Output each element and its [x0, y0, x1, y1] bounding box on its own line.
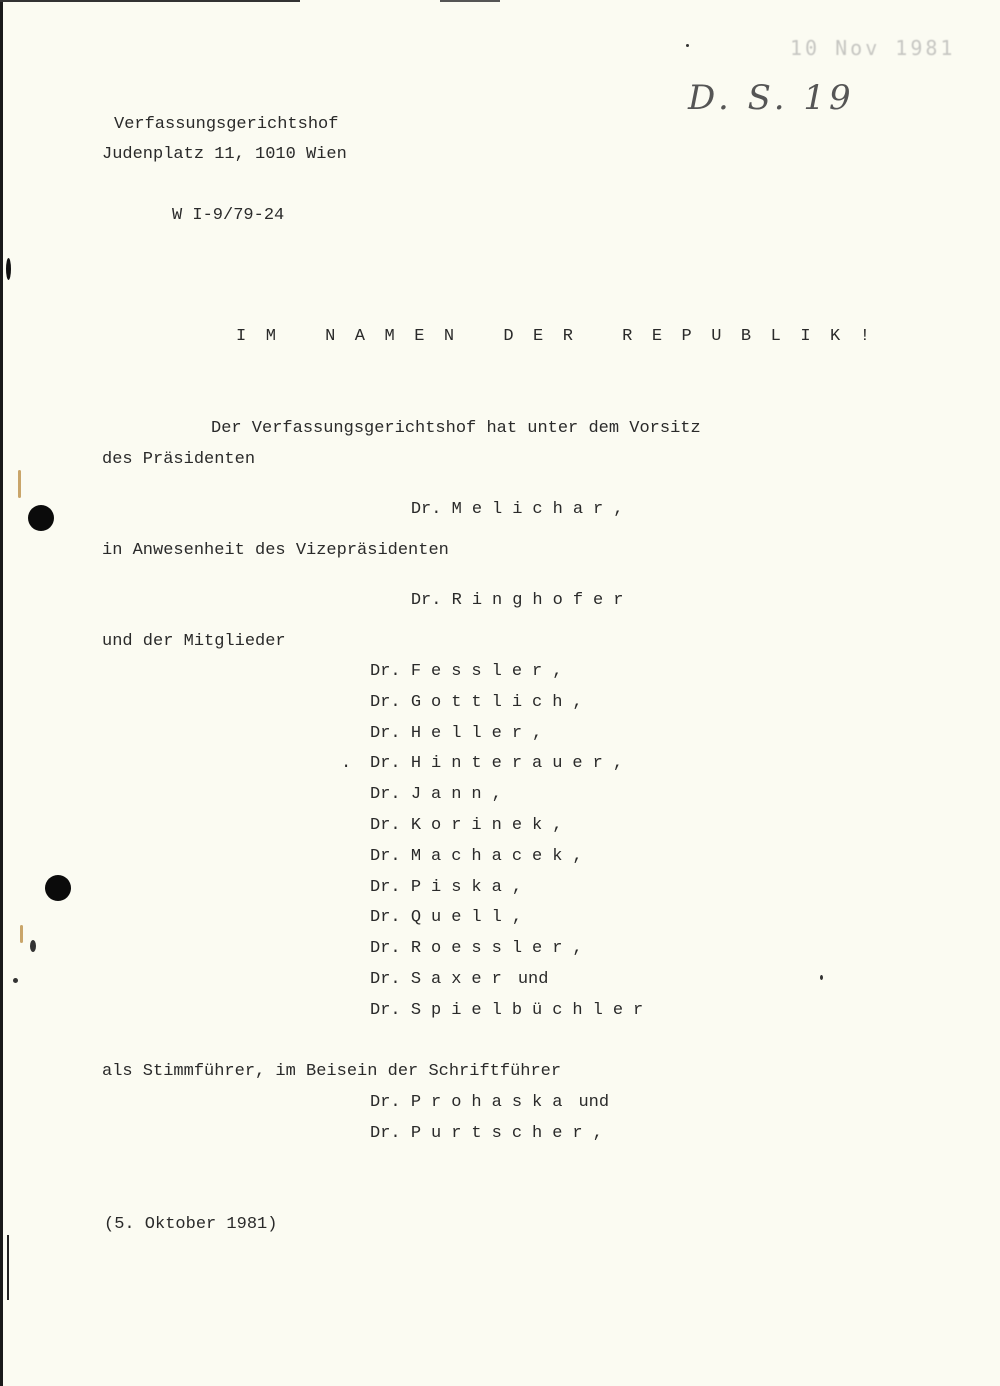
clerks-label: als Stimmführer, im Beisein der Schriftf… — [102, 1062, 561, 1082]
name: Gottlich, — [411, 693, 593, 712]
punch-hole-icon — [28, 505, 54, 531]
name-prefix: Dr. — [370, 1093, 401, 1112]
name-row: Dr. Hinterauer, — [370, 754, 633, 774]
speck — [30, 940, 36, 952]
document-page: 10 Nov 1981 D. S. 19 Verfassungsgerichts… — [0, 0, 1000, 1386]
handwritten-note: D. S. 19 — [688, 78, 855, 118]
name-suffix: und — [578, 1093, 609, 1112]
name-prefix: Dr. — [370, 754, 401, 773]
name: Melichar, — [452, 500, 634, 519]
president-name: Dr. Melichar, — [370, 480, 633, 540]
punch-hole-icon — [45, 875, 71, 901]
name-prefix: Dr. — [370, 939, 401, 958]
name-row: Dr. Korinek, — [370, 816, 572, 836]
name-prefix: Dr. — [370, 1001, 401, 1020]
name-prefix: Dr. — [370, 662, 401, 681]
name: Heller, — [411, 724, 552, 743]
name-row: Dr. Roessler, — [370, 939, 593, 959]
scan-left-edge — [0, 0, 3, 1386]
name-prefix: Dr. — [370, 878, 401, 897]
edge-mark — [7, 1235, 9, 1300]
name-row: Dr. Spielbüchler — [370, 1001, 653, 1021]
name: Roessler, — [411, 939, 593, 958]
name-row: Dr. Fessler, — [370, 662, 572, 682]
stray-dot: . — [341, 754, 351, 773]
name-row: Dr. Jann, — [370, 785, 512, 805]
received-stamp: 10 Nov 1981 — [790, 36, 955, 60]
court-name: Verfassungsgerichtshof — [114, 115, 338, 135]
name-prefix: Dr. — [370, 693, 401, 712]
speck — [13, 978, 18, 983]
name-row: Dr. Heller, — [370, 724, 552, 744]
name-prefix: Dr. — [370, 1124, 401, 1143]
name-prefix: Dr. — [411, 591, 442, 610]
scan-top-edge — [0, 0, 1000, 2]
name-row: Dr. Machacek, — [370, 847, 593, 867]
name-row: Dr. Piska, — [370, 878, 532, 898]
vice-president-name: Dr. Ringhofer — [370, 571, 633, 631]
document-title: IM NAMEN DER REPUBLIK! — [236, 327, 889, 347]
name: Machacek, — [411, 847, 593, 866]
name: Piska, — [411, 878, 532, 897]
name: Fessler, — [411, 662, 573, 681]
intro-line-2: des Präsidenten — [102, 450, 255, 470]
name-prefix: Dr. — [370, 785, 401, 804]
case-number: W I-9/79-24 — [172, 206, 284, 226]
speck — [686, 44, 689, 47]
name: Hinterauer, — [411, 754, 633, 773]
court-address: Judenplatz 11, 1010 Wien — [102, 145, 347, 165]
vice-label: in Anwesenheit des Vizepräsidenten — [102, 541, 449, 561]
document-date: (5. Oktober 1981) — [104, 1215, 277, 1235]
name-prefix: Dr. — [370, 724, 401, 743]
name: Korinek, — [411, 816, 573, 835]
name-row: Dr. Purtscher, — [370, 1124, 613, 1144]
speck — [820, 975, 823, 980]
name: Saxer — [411, 970, 512, 989]
speck — [6, 258, 11, 280]
name: Quell, — [411, 908, 532, 927]
name-row: Dr. Saxerund — [370, 970, 548, 990]
name: Jann, — [411, 785, 512, 804]
name-row: Dr. Quell, — [370, 908, 532, 928]
name: Ringhofer — [452, 591, 634, 610]
name-suffix: und — [518, 970, 549, 989]
name: Spielbüchler — [411, 1001, 653, 1020]
name-prefix: Dr. — [370, 847, 401, 866]
name-row: Dr. Gottlich, — [370, 693, 593, 713]
name-row: Dr. Prohaskaund — [370, 1093, 609, 1113]
rust-stain — [20, 925, 23, 943]
name: Prohaska — [411, 1093, 573, 1112]
name-prefix: Dr. — [411, 500, 442, 519]
name-prefix: Dr. — [370, 908, 401, 927]
intro-line-1: Der Verfassungsgerichtshof hat unter dem… — [211, 419, 701, 439]
name: Purtscher, — [411, 1124, 613, 1143]
members-label: und der Mitglieder — [102, 632, 286, 652]
rust-stain — [18, 470, 21, 498]
name-prefix: Dr. — [370, 970, 401, 989]
name-prefix: Dr. — [370, 816, 401, 835]
